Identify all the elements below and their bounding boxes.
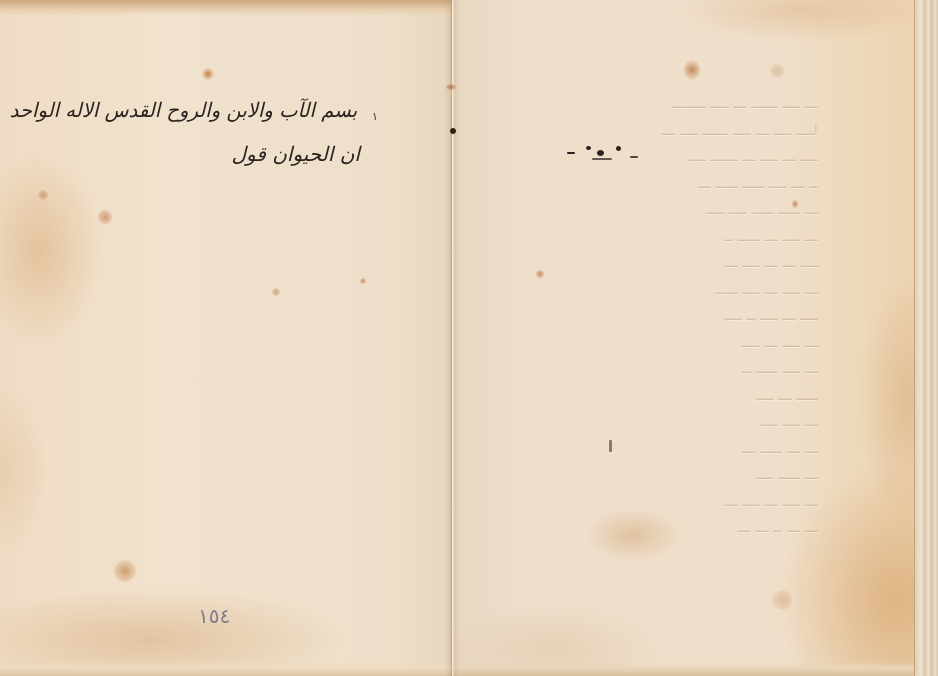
manuscript-spread: ١ بسم الآب والابن والروح القدس الاله الو…	[0, 0, 938, 676]
foxing-spot	[38, 190, 48, 200]
folio-number: ١٥٤	[198, 604, 230, 628]
foxing-spot	[272, 288, 280, 296]
foxing-spot	[360, 278, 366, 284]
foxing-spot	[588, 510, 678, 560]
foxing-spot	[792, 200, 798, 208]
foxing-spot	[114, 560, 136, 582]
offset-text-line: ـــــ ـــ ــــ	[528, 382, 818, 409]
offset-text-line: ــــ ـــ ــــ ـــ ــــــ ــــ	[528, 143, 818, 170]
ink-blot	[609, 440, 612, 452]
offset-text-line: ـــ ــــ ـــــ ــ	[528, 355, 818, 382]
offset-text-line: ـــ ــــ ـــ ـــــ ــ	[528, 223, 818, 250]
line-number: ١	[372, 110, 378, 123]
ink-blot	[567, 152, 575, 154]
calligraphy-line-2: ان الحيوان قول	[240, 142, 360, 166]
ink-blot	[630, 156, 638, 158]
offset-text-line: ـــ ـــــ ــــ	[528, 461, 818, 488]
offset-text-line: ـــ ــــ ــــــ ـــ ــــ ــــــــ	[528, 90, 818, 117]
offset-text-line: ـــ ــــ ـــ ــــ ـــ	[528, 488, 818, 515]
foxing-spot	[684, 60, 700, 80]
offset-text-line: ــ ـــ ــــ ـــــ ـــــ ـــ	[528, 170, 818, 197]
binding-stain	[446, 84, 456, 90]
offset-text-line: ــــ ـــ ـــ ــــ ـــ	[528, 249, 818, 276]
foxing-spot	[202, 68, 214, 80]
left-page: ١ بسم الآب والابن والروح القدس الاله الو…	[0, 0, 452, 676]
ink-blot	[597, 150, 604, 156]
page-fore-edge	[914, 0, 938, 676]
offset-text-line: ـــ ـــــ ـــــ ــــ ــــ	[528, 196, 818, 223]
offset-text-line: ـــ ــــ ــــ	[528, 408, 818, 435]
foxing-spot	[770, 64, 784, 78]
right-page: ـــ ــــ ــــــ ـــ ــــ ــــــــ لــــ …	[452, 0, 918, 676]
calligraphy-line-1: بسم الآب والابن والروح القدس الاله الواح…	[81, 98, 357, 122]
foxing-spot	[772, 590, 792, 610]
foxing-spot	[536, 270, 544, 278]
foxing-spot	[98, 210, 112, 224]
ink-blot	[586, 146, 591, 150]
offset-text-line: ـــ ـــ ـــــ ـــ	[528, 435, 818, 462]
offset-text-line: ـــ ــــ ـــ ــــ	[528, 329, 818, 356]
ink-blot	[592, 158, 612, 160]
binding-gutter	[444, 0, 460, 676]
offset-text-line: ــــ ـــ ــــ ــ ــــ	[528, 302, 818, 329]
offset-text-line: لــــ ــــ ـــ ــــ ــــــ ــــ ـــ	[528, 117, 818, 144]
binding-hole	[450, 128, 456, 134]
offset-text-line: ـــ ــــ ـــ ــــ ـــــ	[528, 276, 818, 303]
ink-blot	[616, 146, 621, 151]
offset-text-block: ـــ ــــ ــــــ ـــ ــــ ــــــــ لــــ …	[528, 90, 818, 541]
